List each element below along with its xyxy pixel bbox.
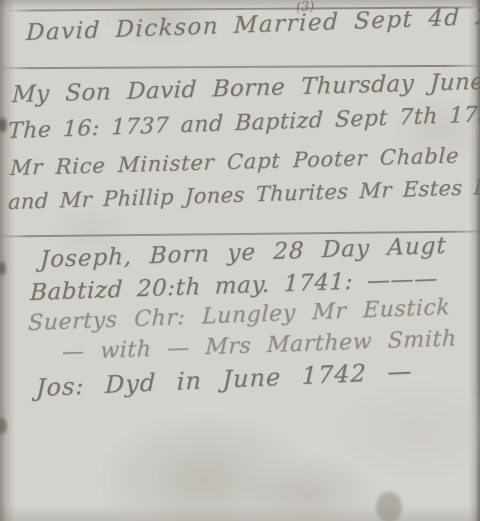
ink-smudge: [0, 118, 7, 132]
ink-smudge: [0, 262, 6, 275]
david-birth-line-1: My Son David Borne Thursday June: [11, 69, 480, 108]
david-birth-line-4: and Mr Phillip Jones Thurites Mr Estes D…: [8, 174, 480, 214]
ink-smudge: [0, 418, 7, 434]
paper-stain: [376, 492, 402, 521]
manuscript-page: (3) David Dickson Married Sept 4d 21st 1…: [0, 0, 480, 521]
marriage-record-line: David Dickson Married Sept 4d 21st 1736: [26, 0, 480, 46]
david-birth-line-2: The 16: 1737 and Baptizd Sept 7th 1737: [8, 102, 480, 144]
david-birth-line-3: Mr Rice Minister Capt Pooter Chable: [9, 143, 459, 180]
ruled-line-section-1: [2, 65, 478, 69]
